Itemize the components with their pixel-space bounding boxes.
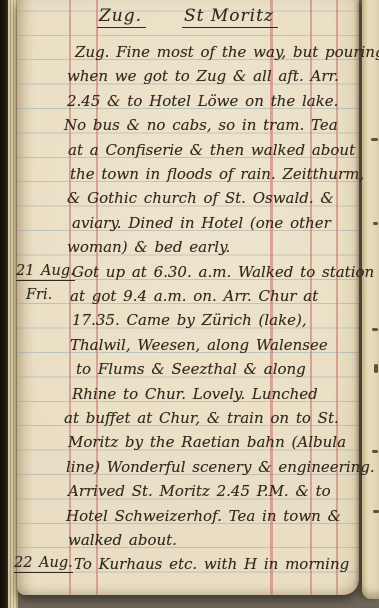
handwritten-text: Moritz by the Raetian bahn (Albula <box>68 433 346 451</box>
handwritten-text: at a Confiserie & then walked about <box>68 141 355 159</box>
diary-line: the town in floods of rain. Zeitthurm, <box>0 165 379 189</box>
handwritten-text: Hotel Schweizerhof. Tea in town & <box>66 507 341 525</box>
diary-line: No bus & no cabs, so in tram. Tea <box>0 116 379 140</box>
date-label: Fri. <box>26 287 52 303</box>
diary-line: 17.35. Came by Zürich (lake), <box>0 311 379 335</box>
diary-line: Hotel Schweizerhof. Tea in town & <box>0 507 379 531</box>
handwritten-text: 17.35. Came by Zürich (lake), <box>72 311 307 329</box>
diary-line: Moritz by the Raetian bahn (Albula <box>0 433 379 457</box>
handwritten-text: woman) & bed early. <box>67 238 230 256</box>
diary-line: Rhine to Chur. Lovely. Lunched <box>0 385 379 409</box>
handwritten-text: To Kurhaus etc. with H in morning <box>74 555 349 573</box>
handwritten-text: 2.45 & to Hotel Löwe on the lake. <box>67 92 338 110</box>
diary-line: to Flums & Seezthal & along <box>0 360 379 384</box>
handwritten-text: the town in floods of rain. Zeitthurm, <box>70 165 364 183</box>
diary-line: Zug. Fine most of the way, but pouring <box>0 43 379 67</box>
diary-line: & Gothic church of St. Oswald. & <box>0 189 379 213</box>
handwritten-text: No bus & no cabs, so in tram. Tea <box>64 116 338 134</box>
diary-line: at a Confiserie & then walked about <box>0 141 379 165</box>
handwritten-text: aviary. Dined in Hotel (one other <box>72 214 331 232</box>
diary-line: Fri.at got 9.4 a.m. on. Arr. Chur at <box>0 287 379 311</box>
diary-line: line) Wonderful scenery & engineering. <box>0 458 379 482</box>
handwritten-text: Rhine to Chur. Lovely. Lunched <box>72 385 318 403</box>
diary-line: 2.45 & to Hotel Löwe on the lake. <box>0 92 379 116</box>
diary-line: Thalwil, Weesen, along Walensee <box>0 336 379 360</box>
handwritten-text: Arrived St. Moritz 2.45 P.M. & to <box>68 482 331 500</box>
header-title-zug: Zug. <box>97 6 146 28</box>
diary-line: walked about. <box>0 531 379 555</box>
handwritten-text: Thalwil, Weesen, along Walensee <box>70 336 328 354</box>
handwritten-text: line) Wonderful scenery & engineering. <box>66 458 375 476</box>
diary-line: Arrived St. Moritz 2.45 P.M. & to <box>0 482 379 506</box>
diary-line: 21 Aug.Got up at 6.30. a.m. Walked to st… <box>0 263 379 287</box>
diary-line: when we got to Zug & all aft. Arr. <box>0 67 379 91</box>
handwritten-text: when we got to Zug & all aft. Arr. <box>67 67 339 85</box>
handwritten-text: walked about. <box>68 531 177 549</box>
handwritten-text: Zug. Fine most of the way, but pouring <box>75 43 379 61</box>
date-label: 22 Aug. <box>14 555 73 573</box>
handwritten-text: & Gothic church of St. Oswald. & <box>67 189 334 207</box>
diary-line: at buffet at Chur, & train on to St. <box>0 409 379 433</box>
diary-line: 22 Aug.To Kurhaus etc. with H in morning <box>0 555 379 579</box>
date-label: 21 Aug. <box>16 263 75 281</box>
diary-line: woman) & bed early. <box>0 238 379 262</box>
header-title-st-moritz: St Moritz <box>182 6 278 28</box>
handwritten-text: Got up at 6.30. a.m. Walked to station <box>72 263 374 281</box>
handwriting-layer: Zug. St Moritz Zug. Fine most of the way… <box>0 0 379 608</box>
diary-line: aviary. Dined in Hotel (one other <box>0 214 379 238</box>
handwritten-text: at got 9.4 a.m. on. Arr. Chur at <box>70 287 318 305</box>
photo-of-diary-page: Zug. St Moritz Zug. Fine most of the way… <box>0 0 379 608</box>
handwritten-text: to Flums & Seezthal & along <box>76 360 306 378</box>
handwritten-text: at buffet at Chur, & train on to St. <box>64 409 339 427</box>
